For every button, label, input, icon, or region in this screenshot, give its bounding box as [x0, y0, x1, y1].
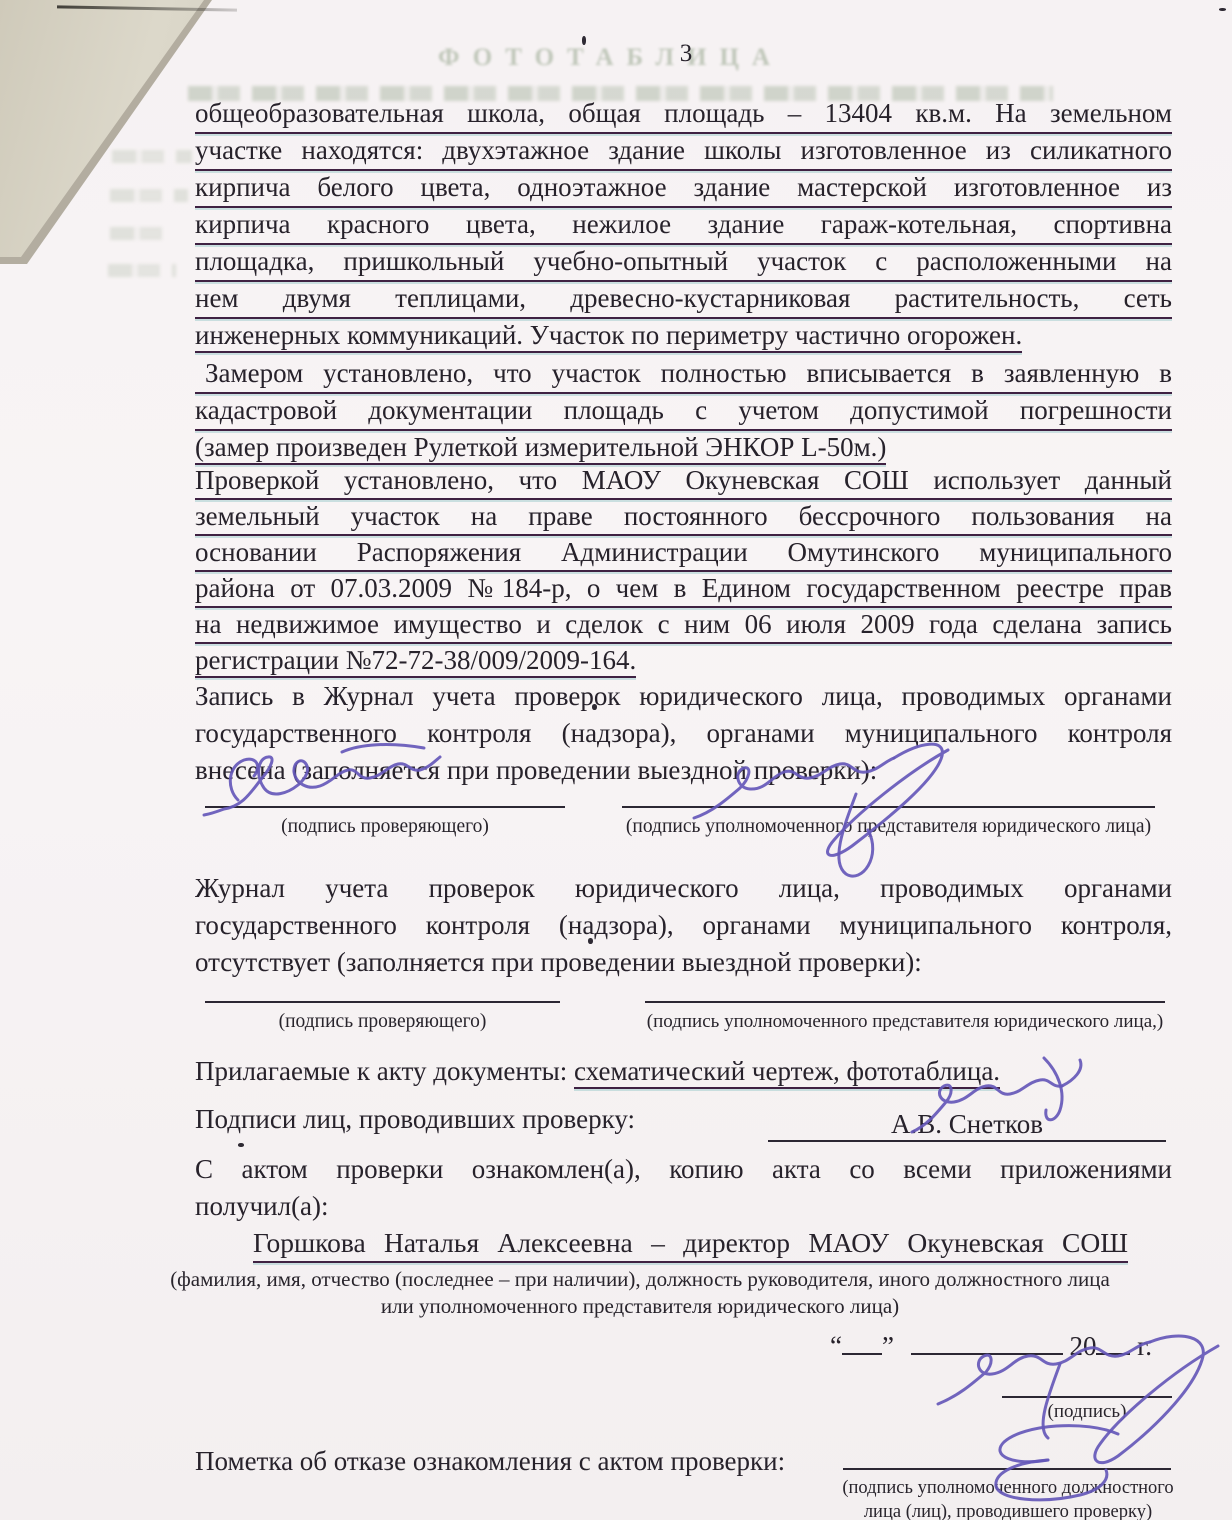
attachments-value: схематический чертеж, фототаблица. — [574, 1056, 1000, 1089]
text-line: площадка, пришкольный учебно-опытный уча… — [195, 245, 1172, 282]
scanned-document-page: ФОТОТАБЛИЦА 3 общеобразовательная школа,… — [0, 0, 1232, 1520]
text-line: участке находятся: двухэтажное здание шк… — [195, 134, 1172, 171]
year-prefix: 20 — [1069, 1331, 1096, 1361]
inspector-signature-caption: (подпись проверяющего) — [205, 1011, 560, 1033]
inspector-signature-line — [205, 806, 565, 808]
text-line: С актом проверки ознакомлен(а), копию ак… — [195, 1153, 1172, 1190]
paragraph-journal-entry: Запись в Журнал учета проверок юридическ… — [195, 680, 1172, 791]
refusal-label: Пометка об отказе ознакомления с актом п… — [195, 1446, 785, 1477]
text-line: государственного контроля (надзора), орг… — [195, 717, 1172, 754]
paragraph-journal-absent: Журнал учета проверок юридического лица,… — [195, 872, 1172, 983]
attachments-label: Прилагаемые к акту документы: — [195, 1056, 567, 1086]
scan-speck — [1219, 8, 1226, 11]
text-line: инженерных коммуникаций. Участок по пери… — [195, 319, 1172, 356]
scan-speck — [582, 36, 586, 45]
text-line: общеобразовательная школа, общая площадь… — [195, 97, 1172, 134]
refusal-signature-caption: (подпись уполномоченного должностного ли… — [828, 1476, 1188, 1520]
inspectors-label: Подписи лиц, проводивших проверку: — [195, 1104, 635, 1135]
paragraph-acknowledgment: С актом проверки ознакомлен(а), копию ак… — [195, 1153, 1172, 1227]
attachments-line: Прилагаемые к акту документы: схематичес… — [195, 1056, 1000, 1087]
scan-speck — [238, 1143, 244, 1147]
text-line: кирпича белого цвета, одноэтажное здание… — [195, 171, 1172, 208]
text-line: Проверкой установлено, что МАОУ Окуневск… — [195, 464, 1172, 500]
text-line: нем двумя теплицами, древесно-кустарнико… — [195, 282, 1172, 319]
text-line: на недвижимое имущество и сделок с ним 0… — [195, 608, 1172, 644]
inspector-signature-caption: (подпись проверяющего) — [205, 816, 565, 838]
date-year-blank — [1096, 1329, 1130, 1355]
inspector-signature-line — [205, 1001, 560, 1003]
text-line: государственного контроля (надзора), орг… — [195, 909, 1172, 946]
date-day-blank — [842, 1329, 882, 1355]
bleed-through-smudge — [108, 264, 176, 277]
date-month-blank — [911, 1329, 1063, 1355]
bleed-through-title: ФОТОТАБЛИЦА — [438, 44, 783, 72]
page-number: 3 — [668, 40, 704, 68]
text-line: Запись в Журнал учета проверок юридическ… — [195, 680, 1172, 717]
date-signature-caption: (подпись) — [1002, 1401, 1172, 1423]
text-line: (замер произведен Рулеткой измерительной… — [195, 431, 1172, 468]
paragraph-measurement: Замером установлено, что участок полност… — [195, 357, 1172, 468]
text-line: получил(а): — [195, 1190, 1172, 1227]
text-line: кирпича красного цвета, нежилое здание г… — [195, 208, 1172, 245]
text-line: земельный участок на праве постоянного б… — [195, 500, 1172, 536]
text-line: основании Распоряжения Администрации Ому… — [195, 536, 1172, 572]
text-line: регистрации №72-72-38/009/2009-164. — [195, 644, 1172, 680]
director-name-line: Горшкова Наталья Алексеевна – директор М… — [253, 1226, 1128, 1263]
close-quote: ” — [882, 1331, 894, 1361]
representative-signature-line — [645, 1001, 1165, 1003]
representative-signature-caption: (подпись уполномоченного представителя ю… — [622, 816, 1155, 838]
bleed-through-smudge — [112, 150, 192, 163]
text-line: отсутствует (заполняется при проведении … — [195, 946, 1172, 983]
representative-signature-caption: (подпись уполномоченного представителя ю… — [645, 1011, 1165, 1033]
inspector-name-line: А.В. Снетков — [768, 1106, 1166, 1142]
refusal-signature-line — [843, 1468, 1171, 1470]
director-caption: (фамилия, имя, отчество (последнее – при… — [110, 1266, 1170, 1320]
text-line: района от 07.03.2009 №184-р, о чем в Еди… — [195, 572, 1172, 608]
year-suffix: г. — [1137, 1331, 1152, 1361]
open-quote: “ — [830, 1331, 842, 1361]
text-line: кадастровой документации площадь с учето… — [195, 394, 1172, 431]
date-signature-line — [1002, 1396, 1172, 1398]
paragraph-land-description: общеобразовательная школа, общая площадь… — [195, 97, 1172, 356]
date-line: “” 20 г. — [830, 1329, 1152, 1362]
text-line: внесена (заполняется при проведении выез… — [195, 754, 1172, 791]
text-line: Замером установлено, что участок полност… — [195, 357, 1172, 394]
bleed-through-smudge — [110, 227, 168, 240]
paragraph-land-rights: Проверкой установлено, что МАОУ Окуневск… — [195, 464, 1172, 680]
text-line: Журнал учета проверок юридического лица,… — [195, 872, 1172, 909]
representative-signature-line — [622, 806, 1155, 808]
bleed-through-smudge — [110, 189, 188, 202]
